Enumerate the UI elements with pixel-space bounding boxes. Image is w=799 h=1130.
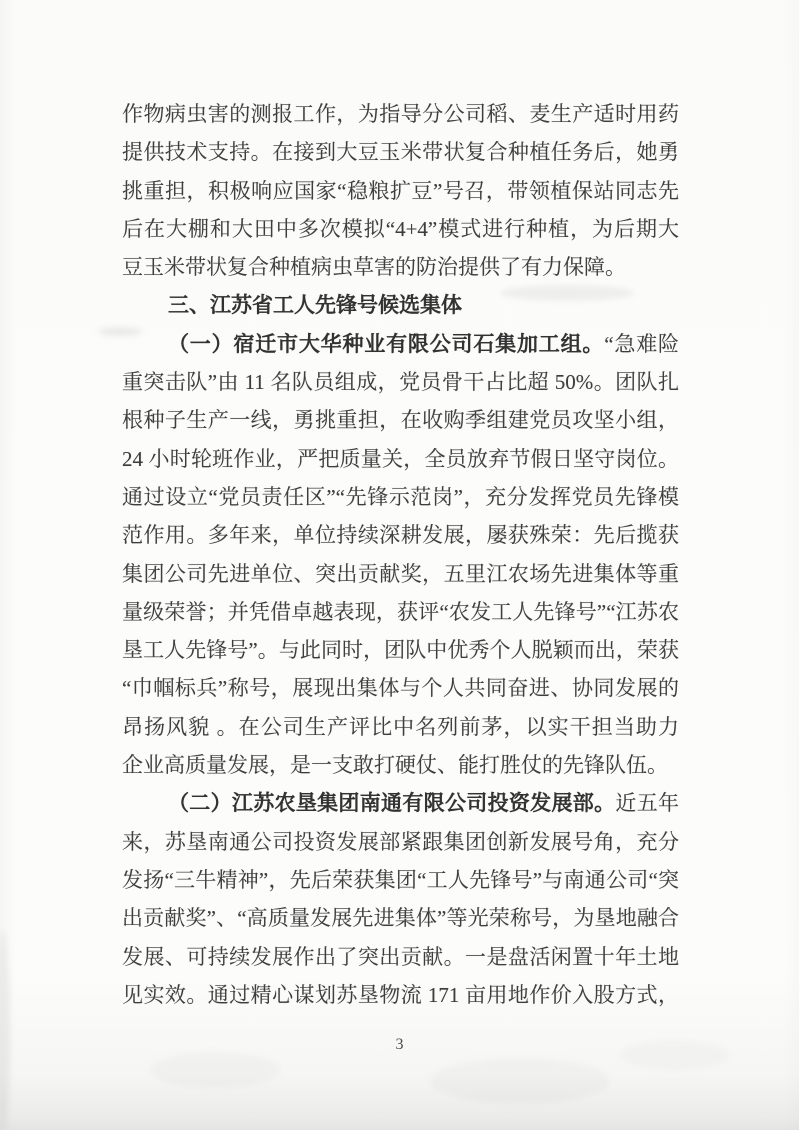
text-segment: 范作用。多年来，单位持续深耕发展，屡获殊荣：先后揽获 — [122, 523, 679, 547]
text-line: 量级荣誉；并凭借卓越表现，获评“农发工人先锋号”“江苏农 — [122, 593, 679, 631]
text-segment: 豆玉米带状复合种植病虫草害的防治提供了有力保障。 — [122, 255, 626, 279]
text-line: 挑重担，积极响应国家“稳粮扩豆”号召，带领植保站同志先 — [122, 172, 679, 210]
bold-text-segment: （一）宿迁市大华种业有限公司石集加工组。 — [168, 332, 604, 356]
text-line: 作物病虫害的测报工作，为指导分公司稻、麦生产适时用药 — [122, 95, 679, 133]
scan-smudge — [150, 1052, 280, 1088]
text-line: 后在大棚和大田中多次模拟“4+4”模式进行种植，为后期大 — [122, 210, 679, 248]
text-line: 垦工人先锋号”。与此同时，团队中优秀个人脱颖而出，荣获 — [122, 631, 679, 669]
text-segment: 作物病虫害的测报工作，为指导分公司稻、麦生产适时用药 — [122, 102, 679, 126]
text-line: 企业高质量发展，是一支敢打硬仗、能打胜仗的先锋队伍。 — [122, 746, 679, 784]
text-line: 昂扬风貌 。在公司生产评比中名列前茅，以实干担当助力 — [122, 708, 679, 746]
text-line: 范作用。多年来，单位持续深耕发展，屡获殊荣：先后揽获 — [122, 516, 679, 554]
text-line: （二）江苏农垦集团南通有限公司投资发展部。近五年 — [122, 784, 679, 822]
text-segment: 来，苏垦南通公司投资发展部紧跟集团创新发展号角，充分 — [122, 830, 679, 854]
text-segment: 近五年 — [615, 791, 679, 815]
document-page: 作物病虫害的测报工作，为指导分公司稻、麦生产适时用药提供技术支持。在接到大豆玉米… — [0, 0, 799, 1130]
text-line: 重突击队”由 11 名队员组成，党员骨干占比超 50%。团队扎 — [122, 363, 679, 401]
text-segment: 量级荣誉；并凭借卓越表现，获评“农发工人先锋号”“江苏农 — [122, 600, 679, 624]
text-line: 豆玉米带状复合种植病虫草害的防治提供了有力保障。 — [122, 248, 679, 286]
scan-smudge — [430, 1058, 610, 1104]
text-segment: 发扬“三牛精神”，先后荣获集团“工人先锋号”与南通公司“突 — [122, 868, 679, 892]
text-line: 三、江苏省工人先锋号候选集体 — [122, 286, 679, 324]
text-segment: 见实效。通过精心谋划苏垦物流 171 亩用地作价入股方式， — [122, 983, 679, 1007]
text-segment: 通过设立“党员责任区”“先锋示范岗”，充分发挥党员先锋模 — [122, 485, 679, 509]
text-line: 集团公司先进单位、突出贡献奖，五里江农场先进集体等重 — [122, 555, 679, 593]
text-segment: 发展、可持续发展作出了突出贡献。一是盘活闲置十年土地 — [122, 945, 679, 969]
text-line: 发扬“三牛精神”，先后荣获集团“工人先锋号”与南通公司“突 — [122, 861, 679, 899]
text-line: 来，苏垦南通公司投资发展部紧跟集团创新发展号角，充分 — [122, 823, 679, 861]
text-segment: 挑重担，积极响应国家“稳粮扩豆”号召，带领植保站同志先 — [122, 179, 679, 203]
text-line: （一）宿迁市大华种业有限公司石集加工组。“急难险 — [122, 325, 679, 363]
text-line: 通过设立“党员责任区”“先锋示范岗”，充分发挥党员先锋模 — [122, 478, 679, 516]
text-segment: 根种子生产一线，勇挑重担，在收购季组建党员攻坚小组， — [122, 408, 679, 432]
scan-smudge — [0, 930, 10, 1130]
text-segment: 24 小时轮班作业，严把质量关，全员放弃节假日坚守岗位。 — [122, 447, 679, 471]
text-segment: 出贡献奖”、“高质量发展先进集体”等光荣称号，为垦地融合 — [122, 906, 679, 930]
text-segment: 提供技术支持。在接到大豆玉米带状复合种植任务后，她勇 — [122, 140, 679, 164]
text-line: 发展、可持续发展作出了突出贡献。一是盘活闲置十年土地 — [122, 938, 679, 976]
text-line: 24 小时轮班作业，严把质量关，全员放弃节假日坚守岗位。 — [122, 440, 679, 478]
text-line: “巾帼标兵”称号，展现出集体与个人共同奋进、协同发展的 — [122, 669, 679, 707]
bold-text-segment: （二）江苏农垦集团南通有限公司投资发展部。 — [168, 791, 615, 815]
text-segment: 垦工人先锋号”。与此同时，团队中优秀个人脱颖而出，荣获 — [122, 638, 679, 662]
text-segment: 重突击队”由 11 名队员组成，党员骨干占比超 50%。团队扎 — [122, 370, 679, 394]
text-segment: 企业高质量发展，是一支敢打硬仗、能打胜仗的先锋队伍。 — [122, 753, 668, 777]
text-segment: 集团公司先进单位、突出贡献奖，五里江农场先进集体等重 — [122, 562, 679, 586]
text-segment: 昂扬风貌 。在公司生产评比中名列前茅，以实干担当助力 — [122, 715, 679, 739]
text-line: 出贡献奖”、“高质量发展先进集体”等光荣称号，为垦地融合 — [122, 899, 679, 937]
text-line: 根种子生产一线，勇挑重担，在收购季组建党员攻坚小组， — [122, 401, 679, 439]
text-line: 提供技术支持。在接到大豆玉米带状复合种植任务后，她勇 — [122, 133, 679, 171]
body-text: 作物病虫害的测报工作，为指导分公司稻、麦生产适时用药提供技术支持。在接到大豆玉米… — [122, 95, 679, 1014]
text-segment: 后在大棚和大田中多次模拟“4+4”模式进行种植，为后期大 — [122, 217, 679, 241]
bold-text-segment: 三、江苏省工人先锋号候选集体 — [168, 293, 462, 317]
page-number: 3 — [0, 1036, 799, 1054]
text-segment: “巾帼标兵”称号，展现出集体与个人共同奋进、协同发展的 — [122, 676, 679, 700]
text-line: 见实效。通过精心谋划苏垦物流 171 亩用地作价入股方式， — [122, 976, 679, 1014]
text-segment: “急难险 — [604, 332, 679, 356]
